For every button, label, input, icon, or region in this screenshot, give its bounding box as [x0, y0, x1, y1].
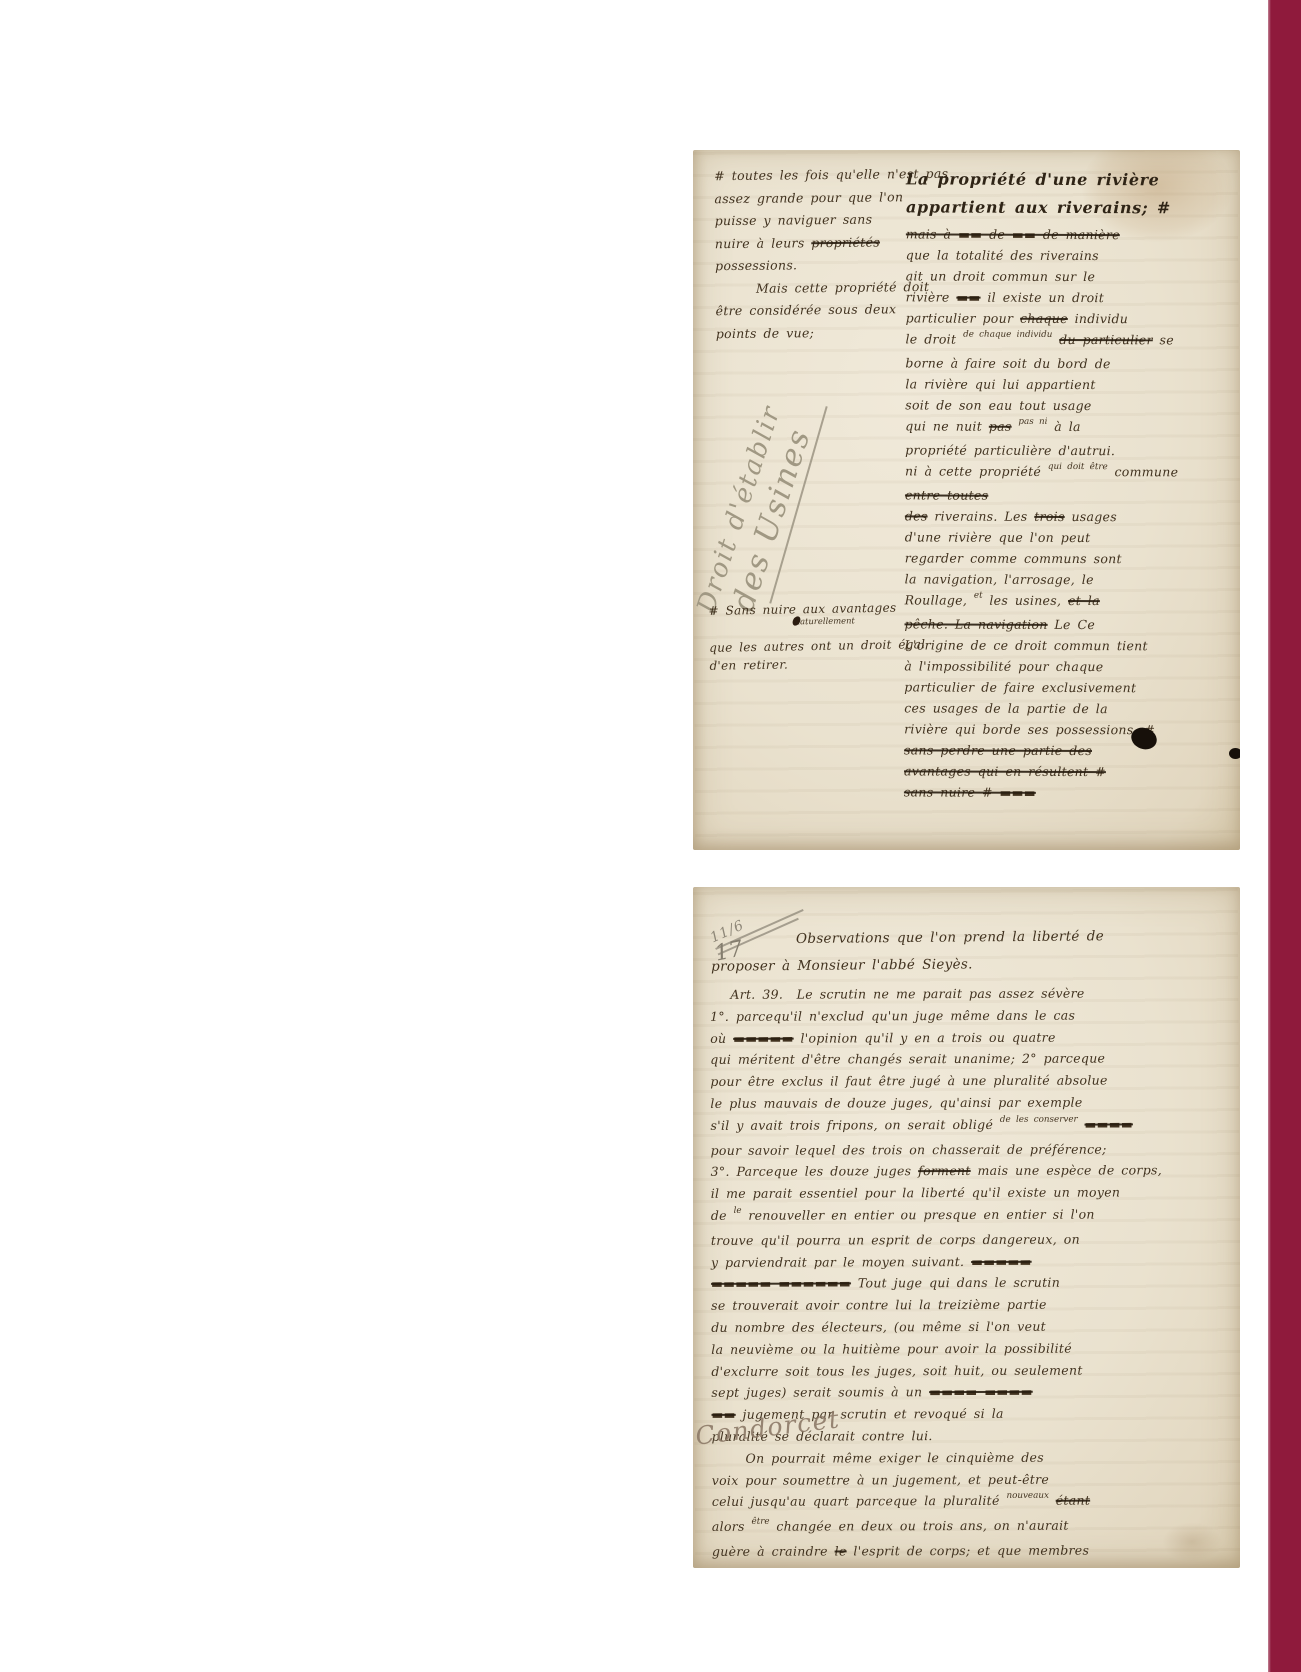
page-canvas: { "page_background": "#ffffff", "accent_…	[0, 0, 1301, 1672]
body-block: Art. 39. Le scrutin ne me parait pas ass…	[710, 982, 1230, 1563]
note-block-bottom-left: # Sans nuire aux avantages naturellement…	[708, 598, 925, 675]
ink-blot	[1229, 748, 1240, 759]
opening-lines: La propriété d'une rivièreappartient aux…	[906, 165, 1240, 222]
manuscript-page-bottom: 11/6 17 Observations que l'on prend la l…	[693, 887, 1240, 1568]
manuscript-page-top: # toutes les fois qu'elle n'est pasassez…	[693, 150, 1240, 850]
accent-bar	[1268, 0, 1301, 1672]
main-text-column: La propriété d'une rivièreappartient aux…	[904, 165, 1240, 803]
body-lines: mais à ▬▬ de ▬▬ de manièreque la totalit…	[904, 223, 1240, 803]
title-block: Observations que l'on prend la liberté d…	[711, 923, 1105, 980]
